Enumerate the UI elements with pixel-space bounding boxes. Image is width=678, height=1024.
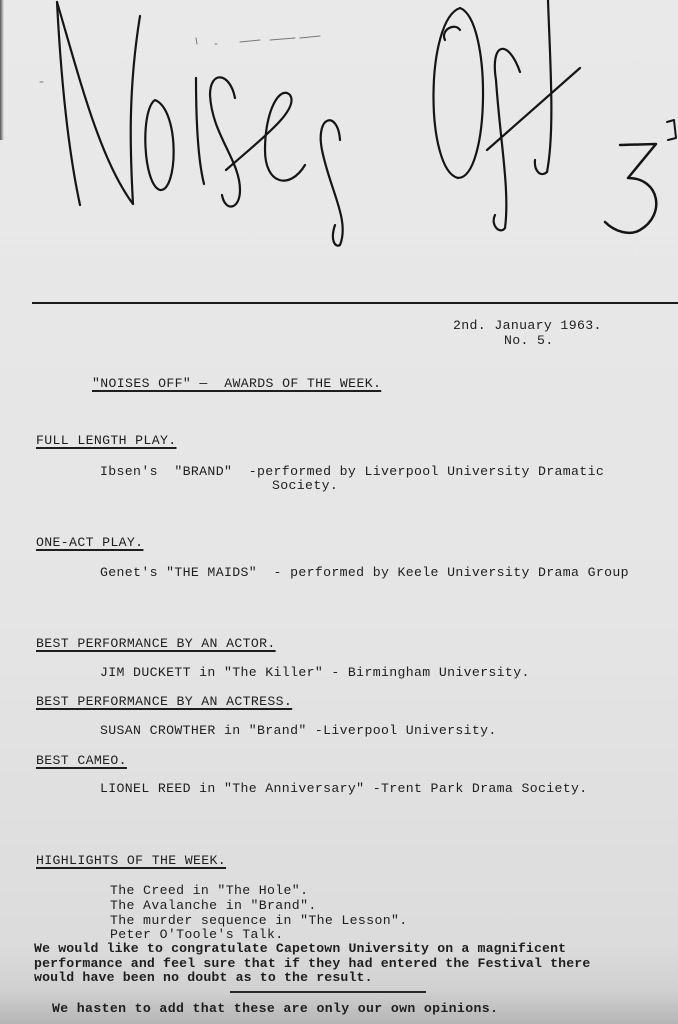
highlight-item: The Avalanche in "Brand". (110, 898, 317, 913)
award-detail: Ibsen's "BRAND" -performed by Liverpool … (100, 464, 604, 479)
document-page: Noises Off (0, 0, 678, 1024)
award-detail: SUSAN CROWTHER in "Brand" -Liverpool Uni… (100, 723, 497, 738)
closing-paragraph-line: would have been no doubt as to the resul… (34, 970, 373, 985)
issue-number: No. 5. (504, 333, 554, 348)
highlight-item: Peter O'Toole's Talk. (110, 927, 284, 942)
disclaimer: We hasten to add that these are only our… (52, 1001, 498, 1016)
award-category-one-act-play: ONE-ACT PLAY. (36, 535, 143, 550)
closing-paragraph-line: performance and feel sure that if they h… (34, 956, 590, 971)
award-detail: LIONEL REED in "The Anniversary" -Trent … (100, 781, 588, 796)
highlight-item: The murder sequence in "The Lesson". (110, 913, 408, 928)
highlights-heading: HIGHLIGHTS OF THE WEEK. (36, 853, 226, 868)
award-detail: Genet's "THE MAIDS" - performed by Keele… (100, 565, 629, 580)
award-category-best-actress: BEST PERFORMANCE BY AN ACTRESS. (36, 694, 292, 709)
closing-paragraph-line: We would like to congratulate Capetown U… (34, 941, 566, 956)
handwritten-masthead: Noises Off (0, 0, 678, 260)
award-category-full-length-play: FULL LENGTH PLAY. (36, 433, 176, 448)
header-divider (32, 302, 678, 304)
document-heading: "NOISES OFF" — AWARDS OF THE WEEK. (92, 376, 381, 391)
award-detail: JIM DUCKETT in "The Killer" - Birmingham… (100, 665, 530, 680)
award-category-best-cameo: BEST CAMEO. (36, 753, 127, 768)
issue-date: 2nd. January 1963. (453, 318, 602, 333)
award-category-best-actor: BEST PERFORMANCE BY AN ACTOR. (36, 636, 276, 651)
highlight-item: The Creed in "The Hole". (110, 883, 308, 898)
award-detail: Society. (272, 478, 338, 493)
